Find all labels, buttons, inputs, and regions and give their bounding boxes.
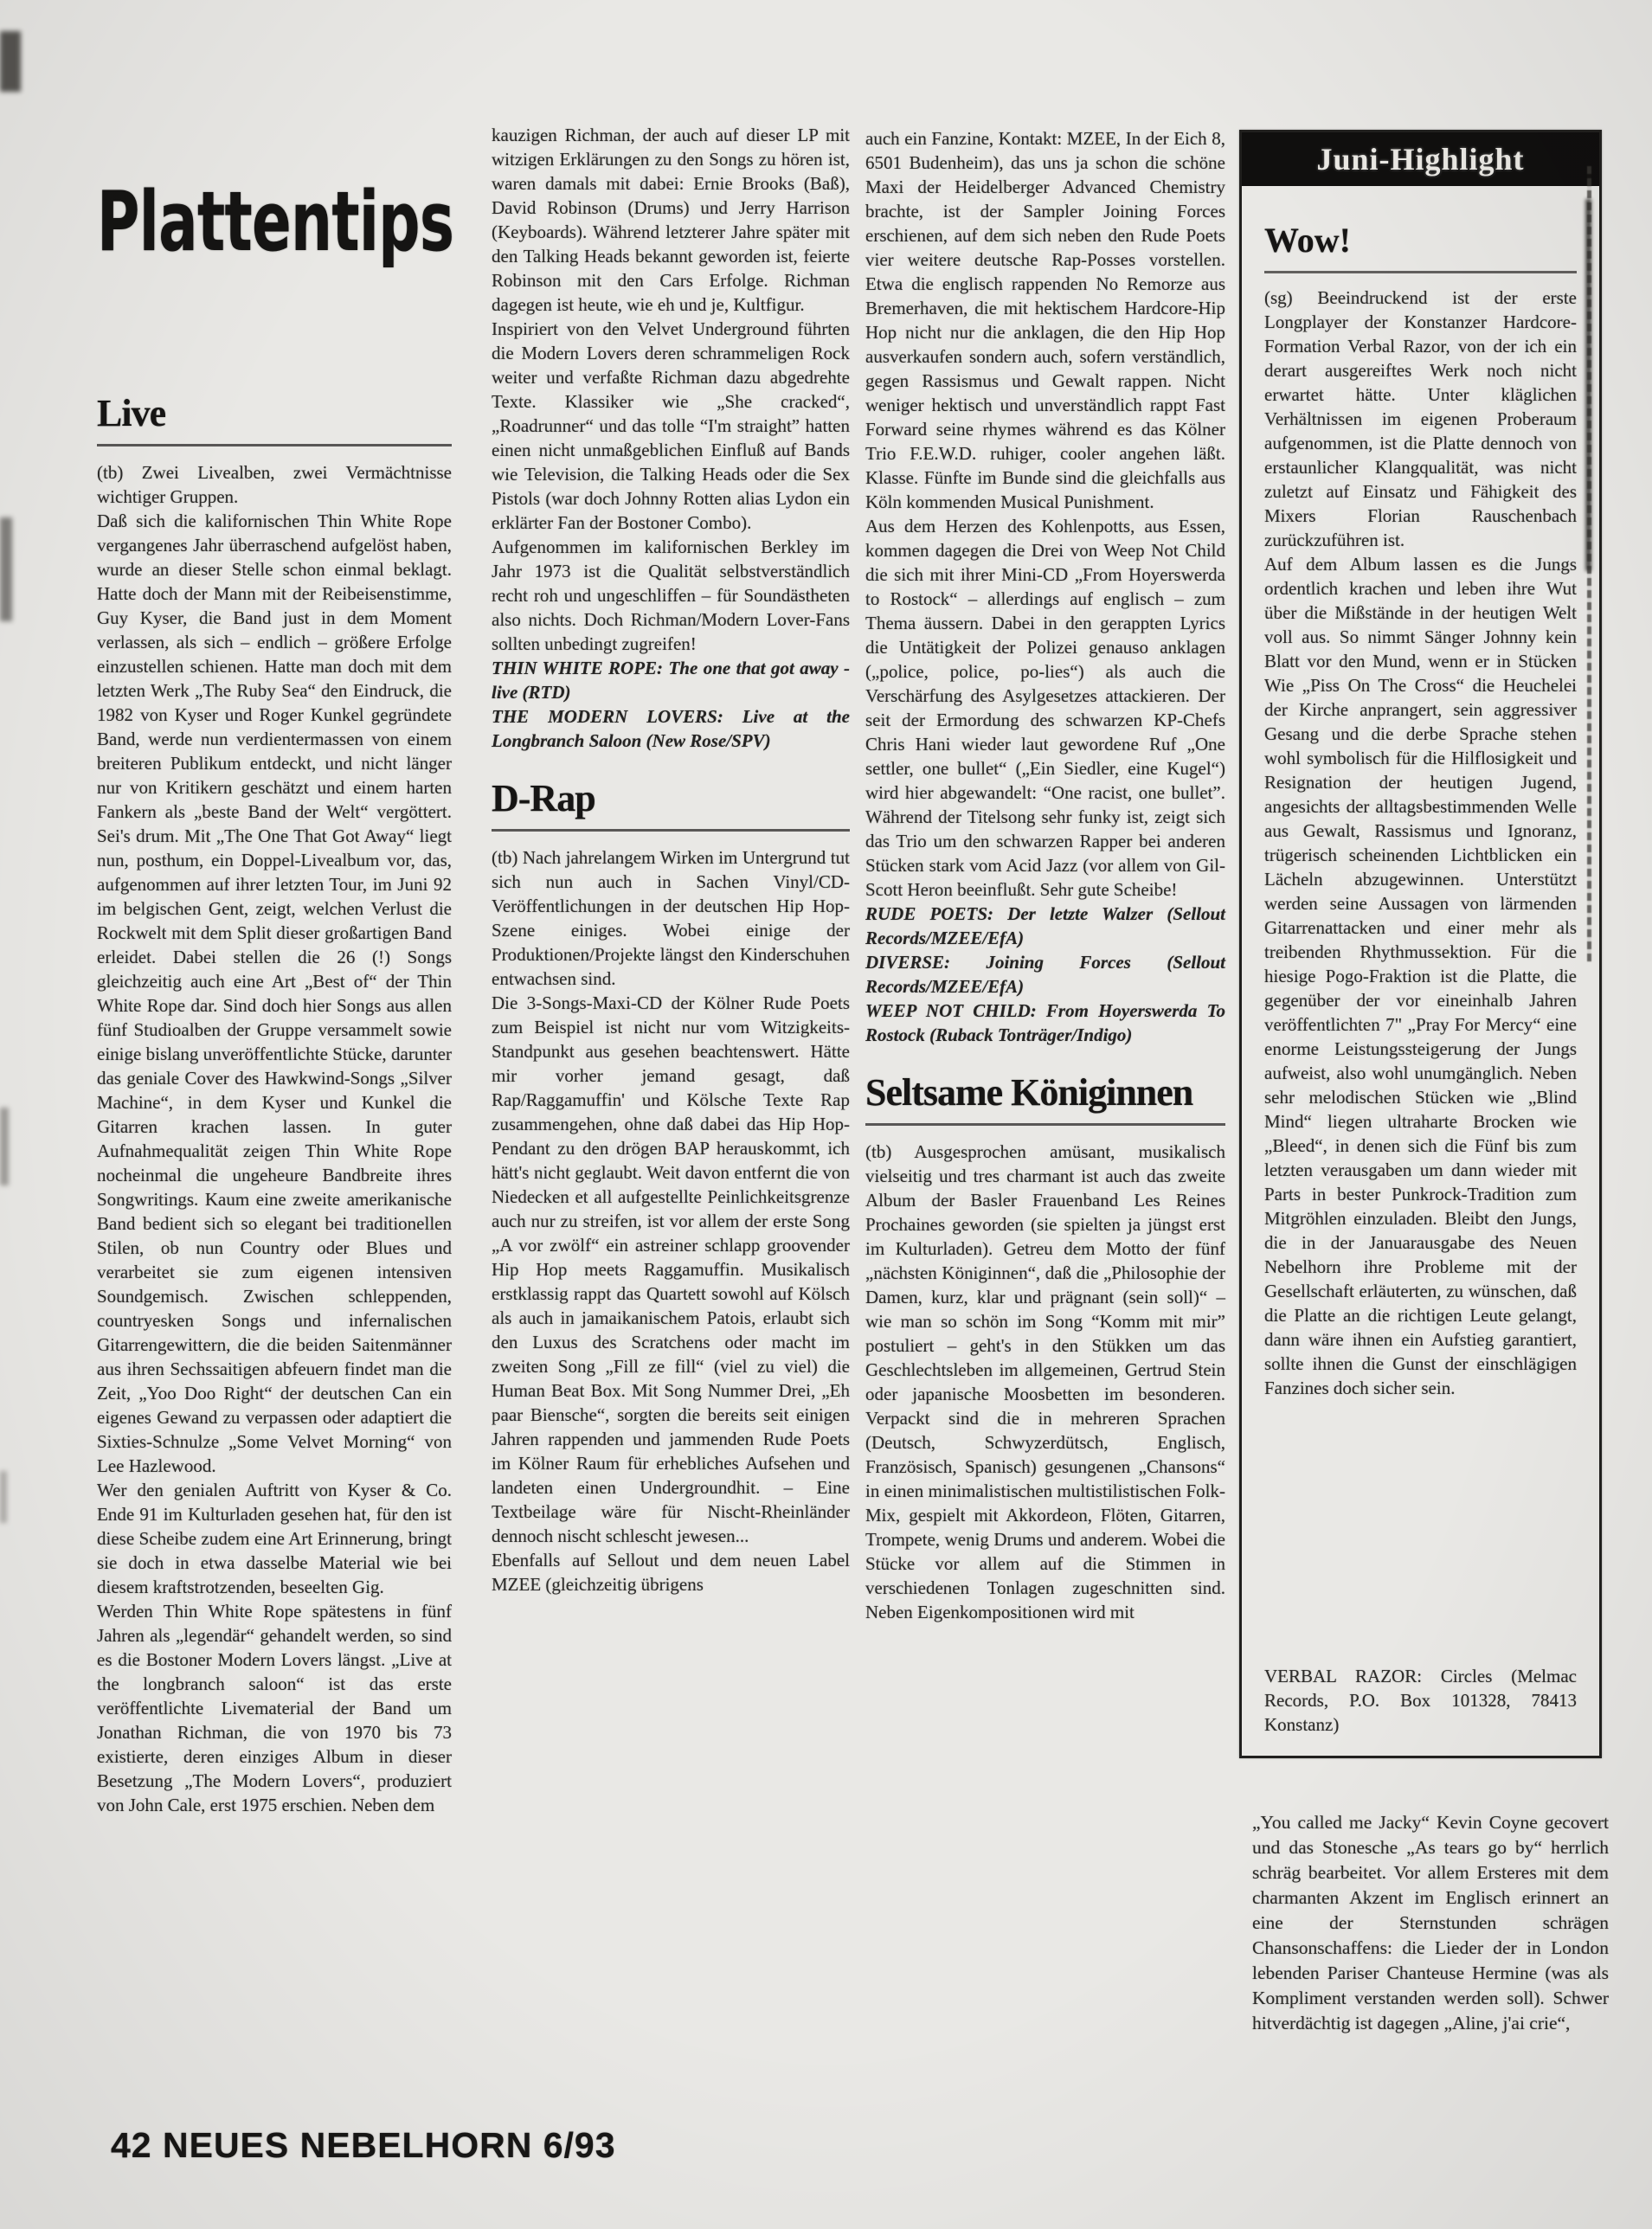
text-column-3: auch ein Fanzine, Kontakt: MZEE, In der …	[865, 126, 1225, 1624]
page-footer: 42 NEUES NEBELHORN 6/93	[111, 2125, 616, 2166]
text-column-2: kauzigen Richman, der auch auf dieser LP…	[492, 123, 850, 1596]
body-paragraph: Aufgenommen im kalifornischen Berkley im…	[492, 535, 850, 656]
body-paragraph: (tb) Ausgesprochen amüsant, musikalisch …	[865, 1140, 1225, 1624]
body-paragraph: Ebenfalls auf Sellout und dem neuen Labe…	[492, 1548, 850, 1596]
text-column-1: Live(tb) Zwei Livealben, zwei Vermächtni…	[97, 394, 452, 1817]
scan-artifact-left-edge	[0, 1108, 9, 1185]
body-paragraph: Daß sich die kalifornischen Thin White R…	[97, 509, 452, 1478]
juni-highlight-box: Juni-Highlight Wow! (sg) Beeindruckend i…	[1239, 130, 1602, 1758]
scanned-magazine-page: { "page": { "title": "Plattentips", "foo…	[0, 0, 1652, 2229]
body-paragraph: Wer den genialen Auftritt von Kyser & Co…	[97, 1478, 452, 1599]
scan-artifact-left-edge	[0, 1471, 7, 1523]
highlight-paragraph: Auf dem Album lassen es die Jungs ordent…	[1264, 552, 1577, 1400]
juni-highlight-content: Wow! (sg) Beeindruckend ist der erste Lo…	[1242, 186, 1599, 1756]
page-title: Plattentips	[97, 175, 453, 270]
section-heading-wow: Wow!	[1264, 222, 1577, 273]
body-paragraph: Die 3-Songs-Maxi-CD der Kölner Rude Poet…	[492, 991, 850, 1548]
body-paragraph: auch ein Fanzine, Kontakt: MZEE, In der …	[865, 126, 1225, 514]
section-heading: Live	[97, 394, 452, 446]
body-paragraph: kauzigen Richman, der auch auf dieser LP…	[492, 123, 850, 317]
continuation-paragraph: „You called me Jacky“ Kevin Coyne gecove…	[1252, 1810, 1609, 2036]
scan-artifact-corner	[0, 31, 21, 92]
section-heading: Seltsame Königinnen	[865, 1073, 1225, 1126]
body-paragraph: (tb) Zwei Livealben, zwei Vermächtnisse …	[97, 460, 452, 509]
highlight-paragraph: (sg) Beeindruckend ist der erste Longpla…	[1264, 286, 1577, 552]
body-paragraph: Werden Thin White Rope spätestens in fün…	[97, 1599, 452, 1817]
record-listing-verbal-razor: VERBAL RAZOR: Circles (Melmac Records, P…	[1264, 1664, 1577, 1737]
record-listing: DIVERSE: Joining Forces (Sellout Records…	[865, 950, 1225, 999]
juni-highlight-banner: Juni-Highlight	[1242, 132, 1599, 186]
record-listing: RUDE POETS: Der letzte Walzer (Sellout R…	[865, 902, 1225, 950]
body-paragraph: Aus dem Herzen des Kohlenpotts, aus Esse…	[865, 514, 1225, 902]
body-paragraph: Inspiriert von den Velvet Underground fü…	[492, 317, 850, 535]
record-listing: WEEP NOT CHILD: From Hoyerswerda To Rost…	[865, 999, 1225, 1047]
continuation-paragraph-column: „You called me Jacky“ Kevin Coyne gecove…	[1252, 1810, 1609, 2036]
body-paragraph: (tb) Nach jahrelangem Wirken im Untergru…	[492, 845, 850, 991]
scan-artifact-left-edge	[0, 517, 12, 621]
section-heading: D-Rap	[492, 779, 850, 832]
record-listing: THIN WHITE ROPE: The one that got away -…	[492, 656, 850, 704]
record-listing: THE MODERN LOVERS: Live at the Longbranc…	[492, 704, 850, 753]
